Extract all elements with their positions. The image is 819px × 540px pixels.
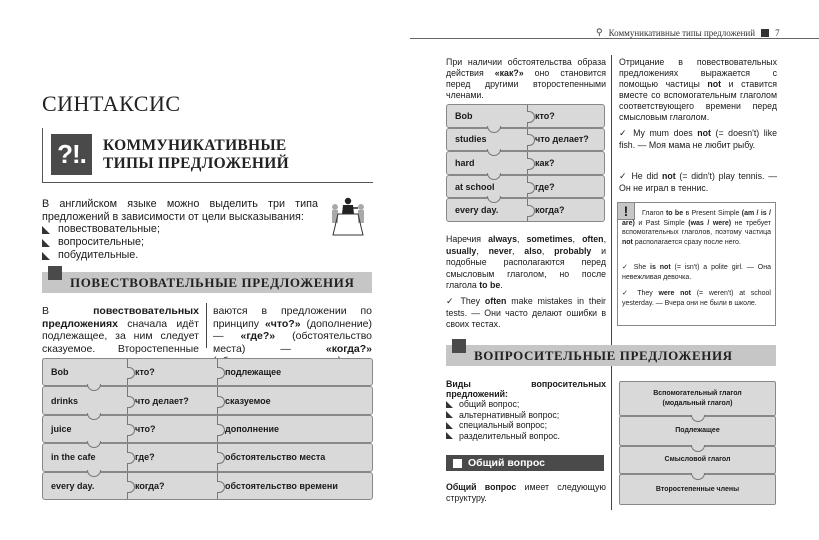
list-item: специальный вопрос; <box>446 420 560 431</box>
table-row: every day.когда? <box>446 198 605 222</box>
puzzle-knob <box>217 452 225 464</box>
list-item: альтернативный вопрос; <box>446 410 560 421</box>
table-cell-word: Bob <box>455 105 473 127</box>
bullet-triangle-icon <box>446 411 453 418</box>
question-types-list: общий вопрос; альтернативный вопрос; спе… <box>446 399 560 441</box>
puzzle-knob <box>527 182 535 194</box>
note-example-2: ✓ They were not (= weren't) at school ye… <box>622 289 771 308</box>
list-item: повествовательные; <box>42 223 160 236</box>
meeting-icon <box>326 195 370 239</box>
table-cell-word: Bob <box>51 359 69 385</box>
bullet-triangle-icon <box>446 422 453 429</box>
puzzle-knob <box>217 367 225 379</box>
negation-paragraph: Отрицание в повествовательных предложени… <box>619 57 777 123</box>
table-cell-question: когда? <box>135 473 165 499</box>
sentence-types-list: повествовательные; вопросительные; побуд… <box>42 223 160 262</box>
table-cell-word: at school <box>455 176 495 198</box>
table-cell-word: in the cafe <box>51 444 96 470</box>
section-square-icon <box>452 339 466 353</box>
table-cell-role: сказуемое <box>225 387 271 413</box>
bullet-triangle-icon <box>42 226 50 234</box>
bullet-triangle-icon <box>42 239 50 247</box>
general-question-paragraph: Общий вопрос имеет следующую структуру. <box>446 482 606 504</box>
topic-title-line2: ТИПЫ ПРЕДЛОЖЕНИЙ <box>103 155 289 173</box>
manner-paragraph: При наличии обстоятельства образа действ… <box>446 57 606 101</box>
table-cell-word: drinks <box>51 387 78 413</box>
list-item: вопросительные; <box>42 236 160 249</box>
column-divider <box>611 55 612 510</box>
table-cell-question: что? <box>135 416 156 442</box>
list-item-text: альтернативный вопрос; <box>459 410 559 421</box>
running-header-text: Коммуникативные типы предложений <box>609 28 755 38</box>
negation-example-1: ✓ My mum does not (= doesn't) like fish.… <box>619 128 777 151</box>
table-cell-question: что делает? <box>135 387 189 413</box>
table-row: hardкак? <box>446 151 605 175</box>
negation-example-2: ✓ He did not (= didn't) play tennis. — О… <box>619 171 777 194</box>
bullet-triangle-icon <box>446 401 453 408</box>
white-square-icon <box>453 459 462 468</box>
section-title: ВОПРОСИТЕЛЬНЫЕ ПРЕДЛОЖЕНИЯ <box>474 348 733 364</box>
note-text: Глагол to be в Present Simple (am / is /… <box>622 209 771 247</box>
table-cell-role: обстоятельство времени <box>225 473 338 499</box>
check-icon: ✓ <box>619 128 629 138</box>
puzzle-knob <box>217 481 225 493</box>
table-cell-word: studies <box>455 129 487 151</box>
puzzle-knob <box>527 134 535 146</box>
puzzle-knob <box>127 424 135 436</box>
table-cell-question: где? <box>135 444 155 470</box>
check-icon: ✓ <box>622 290 632 297</box>
topic-title: КОММУНИКАТИВНЫЕ ТИПЫ ПРЕДЛОЖЕНИЙ <box>103 137 289 173</box>
interrobang-icon: ?!. <box>51 134 92 175</box>
list-item-text: общий вопрос; <box>459 399 519 410</box>
puzzle-knob <box>127 367 135 379</box>
note-example-1: ✓ She is not (= isn't) a polite girl. — … <box>622 263 771 282</box>
column-divider <box>206 303 207 348</box>
section-header-declarative: ПОВЕСТВОВАТЕЛЬНЫЕ ПРЕДЛОЖЕНИЯ <box>42 272 372 293</box>
puzzle-knob <box>127 481 135 493</box>
list-item-text: вопросительные; <box>58 236 144 249</box>
list-item: общий вопрос; <box>446 399 560 410</box>
table-cell-question: кто? <box>135 359 155 385</box>
adverbs-example: ✓ They often make mistakes in their test… <box>446 296 606 331</box>
section-title: ПОВЕСТВОВАТЕЛЬНЫЕ ПРЕДЛОЖЕНИЯ <box>70 275 354 291</box>
puzzle-knob <box>527 205 535 217</box>
topic-title-line1: КОММУНИКАТИВНЫЕ <box>103 137 289 155</box>
header-rule <box>410 38 819 39</box>
check-icon: ✓ <box>619 171 628 181</box>
puzzle-knob <box>127 396 135 408</box>
adverbs-paragraph: Наречия always, sometimes, often, usuall… <box>446 234 606 292</box>
section-square-icon <box>48 266 62 280</box>
structure-row-auxiliary: Вспомогательный глагол(модальный глагол) <box>619 381 776 416</box>
table-row: Bobкто?подлежащее <box>42 358 373 386</box>
table-cell-word: hard <box>455 152 475 174</box>
list-item: побудительные. <box>42 249 160 262</box>
puzzle-knob <box>217 396 225 408</box>
bullet-triangle-icon <box>42 252 50 260</box>
check-icon: ✓ <box>446 296 456 306</box>
table-cell-role: дополнение <box>225 416 279 442</box>
puzzle-knob <box>127 452 135 464</box>
question-types-heading: Виды вопросительных предложений: <box>446 379 606 399</box>
manner-word-order-table: Bobкто?studiesчто делает?hardкак?at scho… <box>446 104 605 222</box>
table-row: studiesчто делает? <box>446 128 605 152</box>
puzzle-knob <box>527 111 535 123</box>
table-cell-question: когда? <box>535 199 565 221</box>
puzzle-knob <box>527 158 535 170</box>
list-item-text: побудительные. <box>58 249 138 262</box>
word-order-table: Bobкто?подлежащееdrinksчто делает?сказуе… <box>42 358 373 500</box>
subsection-general-question: Общий вопрос <box>446 455 604 471</box>
list-item-text: разделительный вопрос. <box>459 431 560 442</box>
check-icon: ✓ <box>622 264 630 271</box>
list-item-text: специальный вопрос; <box>459 420 547 431</box>
general-question-structure: Вспомогательный глагол(модальный глагол)… <box>619 381 776 505</box>
running-header: ⚲ Коммуникативные типы предложений 7 <box>596 27 780 38</box>
table-row: at schoolгде? <box>446 175 605 199</box>
table-cell-question: где? <box>535 176 555 198</box>
table-cell-word: every day. <box>51 473 94 499</box>
puzzle-knob <box>217 424 225 436</box>
chapter-title: СИНТАКСИС <box>42 91 181 117</box>
table-cell-word: juice <box>51 416 72 442</box>
section-header-interrogative: ВОПРОСИТЕЛЬНЫЕ ПРЕДЛОЖЕНИЯ <box>446 345 776 366</box>
list-item-text: повествовательные; <box>58 223 160 236</box>
note-box: ! Глагол to be в Present Simple (am / is… <box>617 202 776 326</box>
bullet-triangle-icon <box>446 432 453 439</box>
table-cell-role: подлежащее <box>225 359 281 385</box>
intro-paragraph: В английском языке можно выделить три ти… <box>42 198 318 224</box>
page-number: 7 <box>775 28 780 38</box>
subsection-title: Общий вопрос <box>468 457 545 469</box>
table-cell-role: обстоятельство места <box>225 444 325 470</box>
table-cell-question: кто? <box>535 105 555 127</box>
table-cell-question: как? <box>535 152 555 174</box>
list-item: разделительный вопрос. <box>446 431 560 442</box>
table-cell-question: что делает? <box>535 129 589 151</box>
table-row: Bobкто? <box>446 104 605 128</box>
meeting-small-icon: ⚲ <box>596 27 603 38</box>
header-square-icon <box>761 29 769 37</box>
